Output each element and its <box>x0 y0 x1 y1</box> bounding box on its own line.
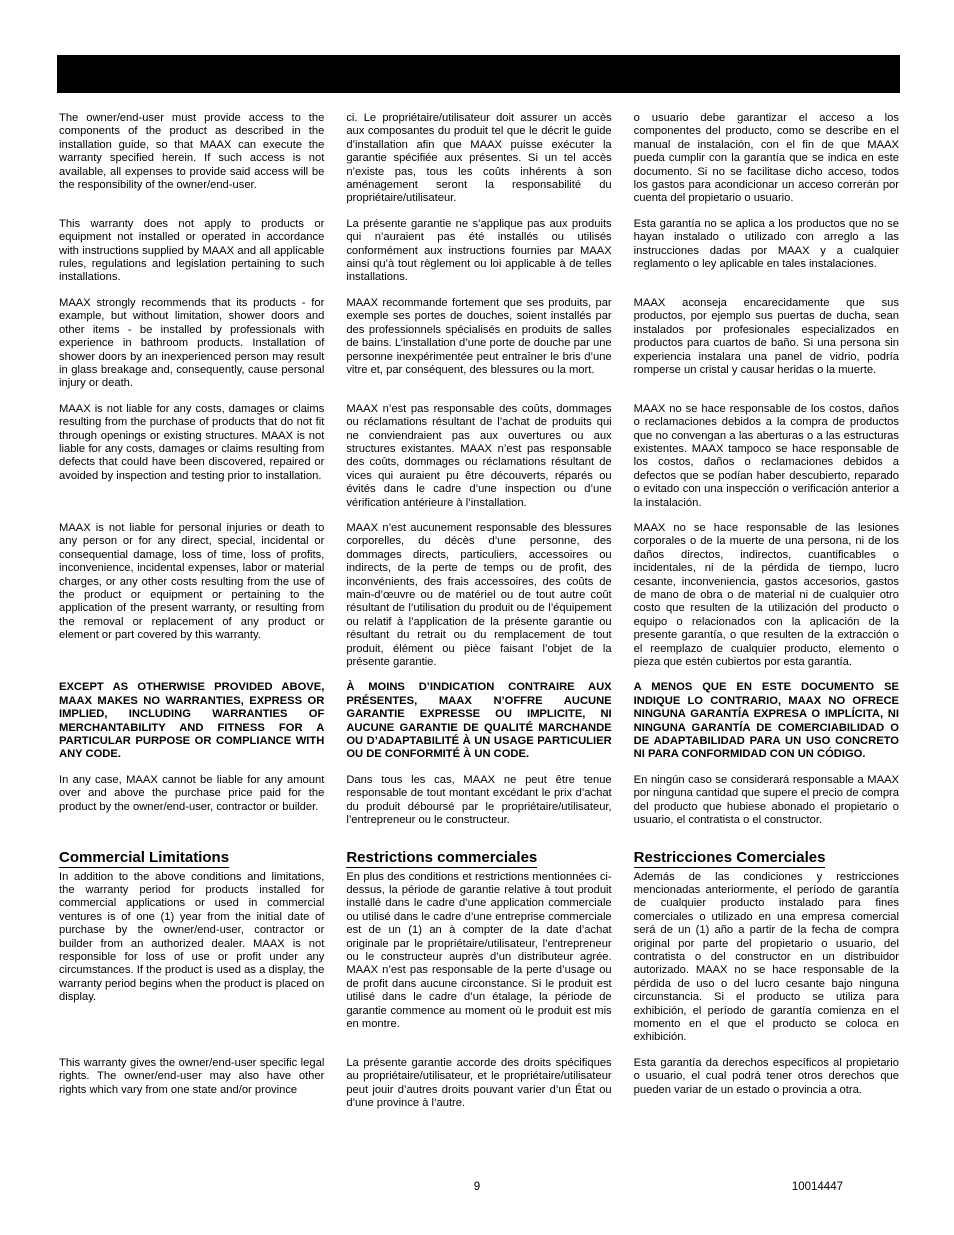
paragraph-es-7: En ningún caso se considerará responsabl… <box>634 774 899 828</box>
paragraph-en-1: The owner/end-user must provide access t… <box>59 112 324 206</box>
section-heading-en: Commercial Limitations <box>59 849 229 868</box>
disclaimer-en: EXCEPT AS OTHERWISE PROVIDED ABOVE, MAAX… <box>59 681 324 761</box>
paragraph-es-2: Esta garantía no se aplica a los product… <box>634 218 899 285</box>
paragraph-fr-1: ci. Le propriétaire/utilisateur doit ass… <box>346 112 611 206</box>
paragraph-fr-9: La présente garantie accorde des droits … <box>346 1057 611 1111</box>
disclaimer-es: A MENOS QUE EN ESTE DOCUMENTO SE INDIQUE… <box>634 681 899 761</box>
paragraph-es-1: o usuario debe garantizar el acceso a lo… <box>634 112 899 206</box>
warranty-document-page: The owner/end-user must provide access t… <box>0 0 954 1235</box>
disclaimer-fr: À MOINS D’INDICATION CONTRAIRE AUX PRÉSE… <box>346 681 611 761</box>
commercial-section-es: Restricciones Comerciales Además de las … <box>634 849 899 1045</box>
paragraph-fr-3: MAAX recommande fortement que ses produi… <box>346 297 611 391</box>
paragraph-es-8: Además de las condiciones y restriccione… <box>634 871 899 1045</box>
paragraph-fr-7: Dans tous les cas, MAAX ne peut être ten… <box>346 774 611 828</box>
paragraph-es-4: MAAX no se hace responsable de los costo… <box>634 403 899 510</box>
paragraph-en-7: In any case, MAAX cannot be liable for a… <box>59 774 324 828</box>
warranty-content: The owner/end-user must provide access t… <box>59 112 899 1110</box>
paragraph-es-9: Esta garantía da derechos específicos al… <box>634 1057 899 1111</box>
paragraph-fr-2: La présente garantie ne s’applique pas a… <box>346 218 611 285</box>
paragraph-fr-4: MAAX n’est pas responsable des coûts, do… <box>346 403 611 510</box>
paragraph-en-2: This warranty does not apply to products… <box>59 218 324 285</box>
paragraph-en-5: MAAX is not liable for personal injuries… <box>59 522 324 669</box>
paragraph-en-3: MAAX strongly recommends that its produc… <box>59 297 324 391</box>
section-heading-fr: Restrictions commerciales <box>346 849 537 868</box>
paragraph-fr-5: MAAX n’est aucunement responsable des bl… <box>346 522 611 669</box>
paragraph-fr-8: En plus des conditions et restrictions m… <box>346 871 611 1032</box>
commercial-section-en: Commercial Limitations In addition to th… <box>59 849 324 1045</box>
document-number: 10014447 <box>792 1181 843 1193</box>
paragraph-en-9: This warranty gives the owner/end-user s… <box>59 1057 324 1111</box>
section-heading-es: Restricciones Comerciales <box>634 849 826 868</box>
paragraph-en-4: MAAX is not liable for any costs, damage… <box>59 403 324 510</box>
paragraph-en-8: In addition to the above conditions and … <box>59 871 324 1005</box>
paragraph-es-5: MAAX no se hace responsable de las lesio… <box>634 522 899 669</box>
header-bar <box>57 55 900 93</box>
commercial-section-fr: Restrictions commerciales En plus des co… <box>346 849 611 1045</box>
paragraph-es-3: MAAX aconseja encarecidamente que sus pr… <box>634 297 899 391</box>
